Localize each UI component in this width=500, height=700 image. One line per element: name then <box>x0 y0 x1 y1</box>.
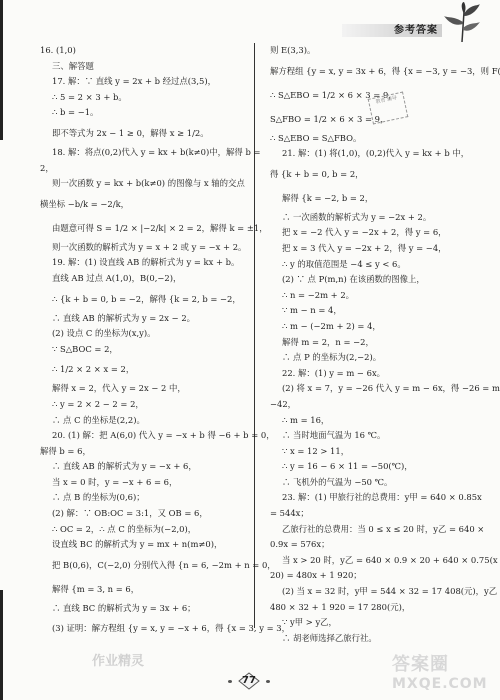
answer-23-line: = 544x； <box>270 506 475 522</box>
answer-18-line: 2， <box>40 161 245 177</box>
answer-20-line: 20. (1) 解：把 A(6,0) 代入 y = −x + b 得 −6 + … <box>40 428 245 444</box>
answer-22-line: ∴ y = 16 − 6 × 11 = −50(℃)， <box>270 459 475 475</box>
leaf-branch-icon <box>442 2 482 42</box>
answer-23-line: 480 × 32 + 1 920 = 17 280(元)， <box>270 600 475 616</box>
answer-19-line: 直线 AB 过点 A(1,0)，B(0,−2)， <box>40 271 245 287</box>
ornament-dot-icon <box>266 680 270 683</box>
binding-edge <box>0 0 3 700</box>
answer-19-line: ∴ 1/2 × 2 × x = 2， <box>40 357 245 381</box>
answer-20-line: (2) 解：∵ OB:OC = 3:1，又 OB = 6， <box>40 506 245 522</box>
page-number-badge: 77 <box>238 672 260 690</box>
answer-20-line: ∴ OC = 2，∴ 点 C 的坐标为(−2,0)， <box>40 522 245 538</box>
answer-21-line: ∴ n = −2m + 2。 <box>270 288 475 304</box>
answer-23-line: 20) = 480x + 1 920； <box>270 568 475 584</box>
answer-17-line: 即不等式为 2x − 1 ≥ 0，解得 x ≥ 1/2。 <box>40 121 245 145</box>
answer-20-line: ∴ 直线 AB 的解析式为 y = −x + 6， <box>40 459 245 475</box>
answer-21-line: 21. 解：(1) 将(1,0)，(0,2)代入 y = kx + b 中， <box>270 146 475 162</box>
answer-21-line: ∵ m − n = 4， <box>270 303 475 319</box>
answer-21-line: 把 x = −2 代入 y = −2x + 2，得 y = 6， <box>270 225 475 241</box>
answer-19-line: (2) 设点 C 的坐标为(x,y)。 <box>40 326 245 342</box>
answer-17-line: ∴ 5 = 2 × 3 + b。 <box>40 90 245 106</box>
answer-18-line: 由题意可得 S = 1/2 × |−2/k| × 2 = 2，解得 k = ±1… <box>40 216 245 240</box>
answer-21-line: ∴ m − (−2m + 2) = 4， <box>270 319 475 335</box>
answer-20-line: ∴ 点 B 的坐标为(0,6)； <box>40 490 245 506</box>
answer-18-line: 横坐标 −b/k = −2/k， <box>40 192 245 216</box>
answer-22-line: ∴ 飞机外的气温为 −50 ℃。 <box>270 475 475 491</box>
answer-22-line: 22. 解：(1) y = m − 6x。 <box>270 366 475 382</box>
answer-21-line: ∴ 一次函数的解析式为 y = −2x + 2。 <box>270 210 475 226</box>
right-column: 则 E(3,3)。 解方程组 {y = x, y = 3x + 6，得 {x =… <box>270 43 475 646</box>
answer-22-line: (2) 将 x = 7，y = −26 代入 y = m − 6x，得 −26 … <box>270 381 475 397</box>
answer-20-line: ∴ 直线 BC 的解析式为 y = 3x + 6； <box>40 601 245 617</box>
header-label: 参考答案 <box>394 24 438 37</box>
answer-23-line: 乙旅行社的总费用：当 0 ≤ x ≤ 20 时，y乙 = 640 × <box>270 522 475 538</box>
answer-21-line: ∴ 点 P 的坐标为(2,−2)。 <box>270 350 475 366</box>
answer-19-line: 19. 解：(1) 设直线 AB 的解析式为 y = kx + b。 <box>40 255 245 271</box>
answer-21-line: 得 {k + b = 0, b = 2， <box>270 162 475 186</box>
answer-19-line: ∵ S△BOC = 2， <box>40 342 245 358</box>
scan-watermark: 作业精灵 <box>92 650 144 669</box>
answer-20-line: 设直线 BC 的解析式为 y = mx + n(m≠0)， <box>40 537 245 553</box>
page-number: 77 <box>238 675 260 686</box>
answer-19-line: ∴ y = 2 × 2 − 2 = 2， <box>40 397 245 413</box>
answer-18-line: 18. 解：将点(0,2)代入 y = kx + b(k≠0)中，解得 b = <box>40 145 245 161</box>
column-divider <box>254 43 255 628</box>
answer-23-line: (2) 当 x = 32 时，y甲 = 544 × 32 = 17 408(元)… <box>270 584 475 600</box>
answer-20-cont-line: ∴ S△EBO = S△FBO。 <box>270 131 475 147</box>
answer-21-line: (2) ∵ 点 P(m,n) 在该函数的图像上， <box>270 272 475 288</box>
answer-21-line: 解得 {k = −2, b = 2， <box>270 186 475 210</box>
answer-19-line: 解得 x = 2，代入 y = 2x − 2 中， <box>40 381 245 397</box>
answer-21-line: 解得 m = 2，n = −2， <box>270 335 475 351</box>
answer-23-line: 23. 解：(1) 甲旅行社的总费用：y甲 = 640 × 0.85x <box>270 490 475 506</box>
answer-17-line: ∴ b = −1。 <box>40 105 245 121</box>
answer-21-line: ∴ y 的取值范围是 −4 ≤ y < 6。 <box>270 257 475 273</box>
answer-23-line: 0.9x = 576x； <box>270 537 475 553</box>
answer-20-line: (3) 证明：解方程组 {y = x, y = −x + 6，得 {x = 3,… <box>40 616 245 640</box>
answer-20-line: 把 B(0,6)，C(−2,0) 分别代入得 {n = 6, −2m + n =… <box>40 553 245 577</box>
answer-23-line: ∵ y甲 > y乙， <box>270 615 475 631</box>
answer-20-line: 解得 b = 6， <box>40 444 245 460</box>
answer-19-line: ∴ 点 C 的坐标是(2,2)。 <box>40 413 245 429</box>
answer-18-line: 则一次函数 y = kx + b(k≠0) 的图像与 x 轴的交点 <box>40 176 245 192</box>
answer-23-line: ∴ 胡老师选择乙旅行社。 <box>270 631 475 647</box>
answer-22-line: ∴ m = 16， <box>270 413 475 429</box>
answer-23-line: 当 x > 20 时，y乙 = 640 × 0.9 × 20 + 640 × 0… <box>270 553 475 569</box>
answer-20-line: 解得 {m = 3, n = 6， <box>40 577 245 601</box>
ornament-dot-icon <box>228 680 232 683</box>
answer-20-line: 当 x = 0 时，y = −x + 6 = 6， <box>40 475 245 491</box>
answer-22-line: −42， <box>270 397 475 413</box>
answer-20-cont-line: 则 E(3,3)。 <box>270 43 475 59</box>
section-heading: 三、解答题 <box>40 59 245 75</box>
answer-18-line: 则一次函数的解析式为 y = x + 2 或 y = −x + 2。 <box>40 240 245 256</box>
page-footer: 77 <box>0 672 500 696</box>
page-header: 参考答案 <box>342 2 482 46</box>
answer-21-line: 把 x = 3 代入 y = −2x + 2，得 y = −4， <box>270 241 475 257</box>
answer-19-line: ∴ {k + b = 0, b = −2，解得 {k = 2, b = −2， <box>40 287 245 311</box>
answer-22-line: ∵ x = 12 > 11， <box>270 444 475 460</box>
answer-22-line: ∴ 当时地面气温为 16 ℃。 <box>270 428 475 444</box>
left-column: 16. (1,0) 三、解答题 17. 解：∵ 直线 y = 2x + b 经过… <box>40 43 245 640</box>
answer-19-line: ∴ 直线 AB 的解析式为 y = 2x − 2。 <box>40 311 245 327</box>
answer-16: 16. (1,0) <box>40 43 245 59</box>
answer-20-cont-line: 解方程组 {y = x, y = 3x + 6，得 {x = −3, y = −… <box>270 59 475 83</box>
answer-17-line: 17. 解：∵ 直线 y = 2x + b 经过点(3,5)， <box>40 74 245 90</box>
